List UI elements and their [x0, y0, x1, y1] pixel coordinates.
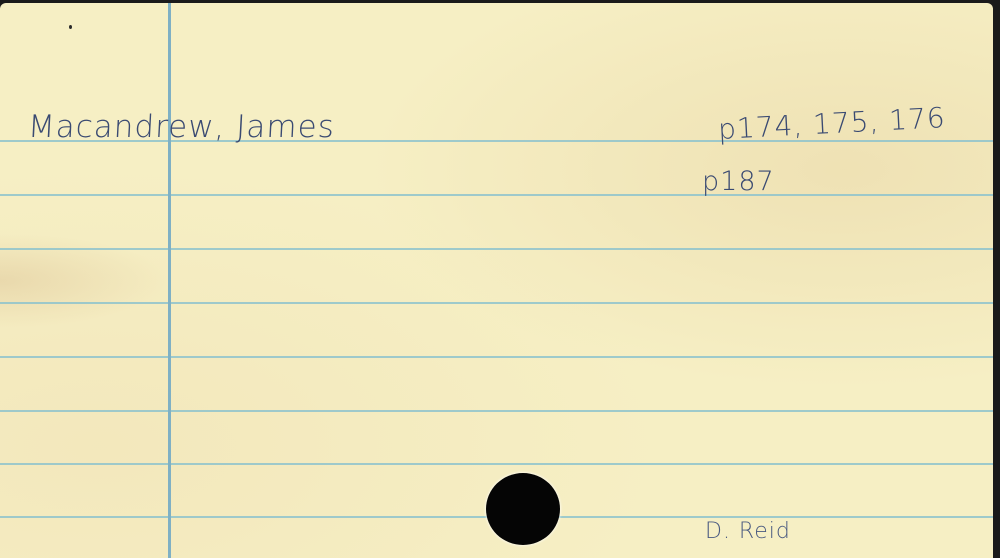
ink-speck	[69, 25, 72, 29]
ruled-line	[0, 194, 993, 196]
page-reference-additional: p187	[702, 166, 775, 197]
ruled-line	[0, 248, 993, 250]
margin-line	[168, 3, 171, 558]
ruled-line	[0, 463, 993, 465]
index-card: Macandrew, James p174, 175, 176 p187 D. …	[0, 3, 993, 558]
name-entry: Macandrew, James	[27, 109, 336, 145]
ruled-line	[0, 410, 993, 412]
punch-hole	[486, 473, 560, 545]
signature: D. Reid	[705, 519, 791, 544]
ruled-line	[0, 356, 993, 358]
ruled-line	[0, 302, 993, 304]
